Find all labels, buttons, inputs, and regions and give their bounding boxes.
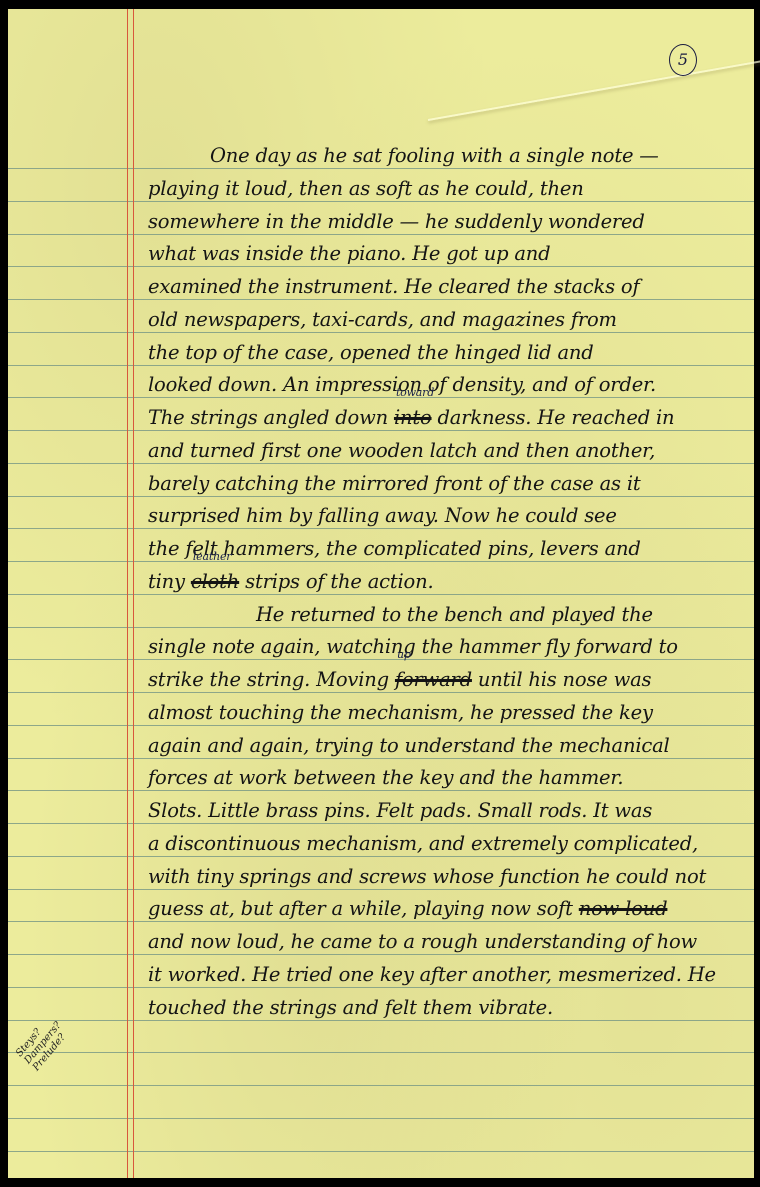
rule-line: [8, 1151, 754, 1152]
manuscript-line: examined the instrument. He cleared the …: [148, 270, 748, 303]
manuscript-line: almost touching the mechanism, he presse…: [148, 696, 748, 729]
revision: now loud: [579, 892, 668, 925]
manuscript-line: the top of the case, opened the hinged l…: [148, 336, 748, 369]
manuscript-line: tiny clothleather strips of the action.: [148, 565, 748, 598]
paper-crease: [428, 60, 760, 121]
rule-line: [8, 1118, 754, 1119]
manuscript-line: the felt hammers, the complicated pins, …: [148, 532, 748, 565]
revision: forwardup: [395, 663, 472, 696]
inserted-word: up: [397, 649, 411, 661]
manuscript-line: He returned to the bench and played the: [148, 598, 748, 631]
page-number: 5: [669, 44, 697, 76]
struck-word: forward: [395, 668, 472, 691]
revision: clothleather: [191, 565, 239, 598]
manuscript-line: and now loud, he came to a rough underst…: [148, 925, 748, 958]
rule-line: [8, 1052, 754, 1053]
manuscript-line: The strings angled down intotoward darkn…: [148, 401, 748, 434]
margin-line-right: [133, 9, 134, 1178]
struck-word: now loud: [579, 897, 668, 920]
manuscript-line: somewhere in the middle — he suddenly wo…: [148, 205, 748, 238]
manuscript-line: again and again, trying to understand th…: [148, 729, 748, 762]
manuscript-line: barely catching the mirrored front of th…: [148, 467, 748, 500]
manuscript-line: with tiny springs and screws whose funct…: [148, 860, 748, 893]
revision: intotoward: [394, 401, 432, 434]
manuscript-line: guess at, but after a while, playing now…: [148, 892, 748, 925]
struck-word: cloth: [191, 570, 239, 593]
manuscript-line: strike the string. Moving forwardup unti…: [148, 663, 748, 696]
margin-line-left: [127, 9, 128, 1178]
manuscript-line: what was inside the piano. He got up and: [148, 237, 748, 270]
manuscript-line: playing it loud, then as soft as he coul…: [148, 172, 748, 205]
manuscript-line: looked down. An impression of density, a…: [148, 368, 748, 401]
inserted-word: leather: [193, 551, 231, 563]
manuscript-line: it worked. He tried one key after anothe…: [148, 958, 748, 991]
manuscript-line: touched the strings and felt them vibrat…: [148, 991, 748, 1024]
rule-line: [8, 1085, 754, 1086]
manuscript-line: a discontinuous mechanism, and extremely…: [148, 827, 748, 860]
manuscript-line: old newspapers, taxi-cards, and magazine…: [148, 303, 748, 336]
struck-word: into: [394, 406, 432, 429]
manuscript-line: Slots. Little brass pins. Felt pads. Sma…: [148, 794, 748, 827]
manuscript-line: surprised him by falling away. Now he co…: [148, 499, 748, 532]
inserted-word: toward: [396, 387, 434, 399]
manuscript-line: single note again, watching the hammer f…: [148, 630, 748, 663]
manuscript-line: forces at work between the key and the h…: [148, 761, 748, 794]
manuscript-line: One day as he sat fooling with a single …: [148, 139, 748, 172]
manuscript-line: and turned first one wooden latch and th…: [148, 434, 748, 467]
